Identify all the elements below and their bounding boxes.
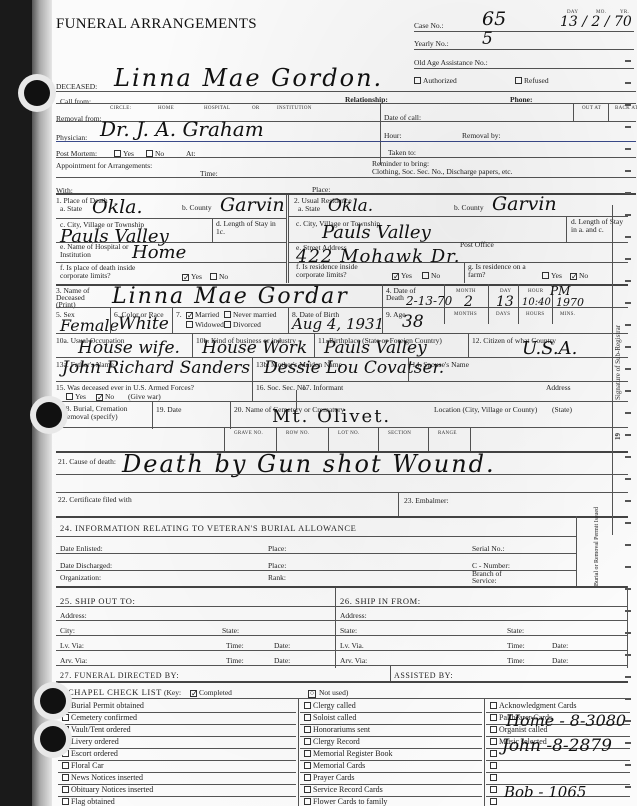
checkbox-icon [422, 272, 429, 279]
margin-tick [625, 126, 631, 128]
call-from-label: Call from: [60, 97, 91, 106]
ship-out-city-label: City: [60, 626, 75, 635]
rank-label: Rank: [268, 573, 286, 582]
hours-label: HOURS [526, 312, 544, 317]
certificate-label: 22. Certificate filed with [58, 496, 132, 504]
armed-no[interactable]: No [96, 392, 114, 401]
ship-out-state-label: State: [222, 626, 239, 635]
res-corporate-label: f. Is residence inside corporate limits? [296, 263, 376, 279]
lot-no-label: LOT NO. [338, 431, 359, 436]
hour-label: Hour: [384, 131, 402, 140]
section-label: SECTION [388, 431, 411, 436]
checkbox-icon [515, 77, 522, 84]
checklist-item[interactable]: Flag obtained [62, 797, 296, 806]
margin-tick [625, 456, 631, 458]
res-farm-no[interactable]: No [570, 271, 588, 280]
cause-of-death-label: 21. Cause of death: [58, 457, 116, 466]
margin-tick [625, 82, 631, 84]
hour-label: HOUR [528, 289, 543, 294]
burial-date-label: 19. Date [156, 405, 181, 414]
checklist-item-label: Flower Cards to family [313, 797, 387, 806]
dod-value[interactable]: 2-13-70 [406, 294, 452, 308]
yes-label: Yes [401, 271, 412, 280]
no-label: No [105, 392, 114, 401]
pod-stay-label: d. Length of Stay in 1c. [216, 220, 276, 236]
case-no-label: Case No.: [414, 21, 444, 30]
ship-in-address-label: Address: [340, 611, 367, 620]
margin-tick [625, 720, 631, 722]
refused-checkbox[interactable]: Refused [515, 76, 549, 85]
checkbox-icon [224, 311, 231, 318]
checklist-item-label: Memorial Cards [313, 761, 365, 770]
checklist-item-label: Burial Permit obtained [71, 701, 144, 710]
margin-tick [625, 236, 631, 238]
checklist-item-label: Acknowledgment Cards [499, 701, 577, 710]
cemetery-value[interactable]: Mt. Olivet. [272, 406, 391, 427]
sub-registrar-label: Signature of Sub-Registrar [614, 325, 622, 400]
res-farm-label: g. Is residence on a farm? [468, 263, 528, 279]
checkbox-icon [224, 321, 231, 328]
checkbox-icon [304, 750, 311, 757]
occupation-value[interactable]: House wife. [78, 338, 180, 358]
spouse-label: 14. Spouse's Name [412, 360, 469, 369]
ship-out-heading: 25. SHIP OUT TO: [60, 596, 135, 606]
give-war-label: (Give war) [128, 392, 161, 401]
location-label: Location (City, Village or County) [434, 405, 537, 414]
citizen-value[interactable]: U.S.A. [522, 338, 577, 359]
checkbox-icon [542, 272, 549, 279]
checkbox-icon [186, 321, 193, 328]
margin-tick [625, 764, 631, 766]
ship-out-arv-date-label: Date: [274, 656, 290, 665]
ssn-label: 16. Soc. Sec. No. [256, 383, 308, 392]
margin-tick [625, 698, 631, 700]
margin-tick [625, 192, 631, 194]
key-label: (Key: [164, 688, 181, 697]
old-age-label: Old Age Assistance No.: [414, 58, 488, 67]
business-value[interactable]: House Work [202, 338, 307, 358]
assisted-by-label: ASSISTED BY: [394, 671, 453, 680]
checkbox-icon [490, 702, 497, 709]
chapel-checklist-heading: CHAPEL CHECK LIST [68, 687, 162, 697]
res-post-office-label: Post Office [460, 240, 494, 249]
res-county-value[interactable]: Garvin [492, 193, 557, 215]
margin-tick [625, 214, 631, 216]
discharged-place-label: Place: [268, 561, 286, 570]
armed-forces-label: 15. Was deceased ever in U.S. Armed Forc… [56, 383, 194, 392]
no-label: No [579, 271, 588, 280]
not-used-label: Not used) [319, 688, 348, 697]
marital-label: 7. [176, 310, 182, 319]
yes-label: Yes [191, 272, 202, 281]
pod-corporate-label: f. Is place of death inside corporate li… [60, 264, 160, 280]
checkbox-icon [146, 150, 153, 157]
deceased-name-value[interactable]: Linna Mae Gordon. [114, 64, 383, 92]
margin-tick [625, 280, 631, 282]
margin-tick [625, 170, 631, 172]
res-stay-label: d. Length of Stay in a. and c. [571, 218, 629, 234]
margin-tick [625, 302, 631, 304]
checked-box-icon [190, 690, 197, 697]
refused-label: Refused [524, 76, 549, 85]
directed-by-label: 27. FUNERAL DIRECTED BY: [60, 671, 179, 680]
checkbox-icon [62, 750, 69, 757]
checkbox-icon [304, 798, 311, 805]
back-at-label: BACK AT [615, 106, 637, 111]
pod-corporate-yes[interactable]: Yes [182, 272, 202, 281]
margin-tick [625, 324, 631, 326]
reminder-text: Clothing, Soc. Sec. No., Discharge paper… [372, 168, 512, 176]
checkbox-icon [62, 798, 69, 805]
binder-strip [0, 0, 36, 806]
margin-tick [625, 544, 631, 546]
deceased-label: DECEASED: [56, 82, 97, 91]
informant-label: 17. Informant [302, 383, 343, 392]
binder-hole [40, 688, 66, 714]
checkbox-icon [62, 762, 69, 769]
serial-no-label: Serial No.: [472, 544, 505, 553]
ship-out-arv-time-label: Time: [226, 656, 244, 665]
checkbox-icon [114, 150, 121, 157]
checkbox-icon [304, 738, 311, 745]
ship-in-arv-label: Arv. Via: [340, 656, 367, 665]
pod-county-label: b. County [182, 203, 212, 212]
circle-institution[interactable]: INSTITUTION [277, 106, 312, 111]
margin-tick [625, 500, 631, 502]
divorced-label: Divorced [233, 320, 261, 329]
grave-no-label: GRAVE NO. [234, 431, 263, 436]
checklist-item-label: Honorariums sent [313, 725, 370, 734]
yearly-no-value[interactable]: 5 [482, 29, 493, 49]
checkbox-icon [414, 77, 421, 84]
checkbox-icon [490, 798, 497, 805]
res-state-value[interactable]: Okla. [328, 196, 373, 216]
burial-type-label: 18. Burial, Cremation Removal (specify) [62, 405, 152, 421]
father-value[interactable]: John Richard Sanders [62, 358, 250, 378]
checklist-item-label: Clergy Record [313, 737, 360, 746]
range-label: RANGE [438, 431, 457, 436]
permit-text: Burial or Removal Permit Issued [594, 507, 600, 586]
circle-label: CIRCLE: [110, 106, 131, 111]
ship-in-arv-date-label: Date: [552, 656, 568, 665]
marital-never-married[interactable]: Never married [224, 310, 277, 319]
checklist-item-label: Clergy called [313, 701, 356, 710]
checkbox-icon [62, 774, 69, 781]
checklist-item-label: Service Record Cards [313, 785, 383, 794]
note-3[interactable]: Bob - 1065 [504, 783, 586, 801]
checkbox-icon [304, 702, 311, 709]
name-label: 3. Name of Deceased (Print) [56, 287, 100, 308]
ship-out-lv-date-label: Date: [274, 641, 290, 650]
pod-county-value[interactable]: Garvin [220, 194, 285, 216]
case-date-value[interactable]: 13 / 2 / 70 [560, 14, 632, 30]
margin-tick [625, 258, 631, 260]
ship-out-arv-label: Arv. Via: [60, 656, 87, 665]
checklist-item-label: Obituary Notices inserted [71, 785, 153, 794]
key-not-used: ○Not used) [308, 688, 348, 698]
checklist-item-label: Prayer Cards [313, 773, 355, 782]
checked-box-icon [182, 274, 189, 281]
days-label: DAYS [496, 312, 510, 317]
out-at-label: OUT AT [582, 106, 601, 111]
checklist-item-label: Floral Car [71, 761, 104, 770]
completed-label: Completed [199, 688, 232, 697]
margin-tick [625, 786, 631, 788]
margin-tick [625, 434, 631, 436]
checklist-item-label: Memorial Register Book [313, 749, 393, 758]
never-married-label: Never married [233, 310, 277, 319]
margin-tick [625, 104, 631, 106]
checkbox-icon [210, 273, 217, 280]
checkbox-icon [490, 762, 497, 769]
race-value[interactable]: White [118, 314, 169, 334]
margin-tick [625, 478, 631, 480]
marital-married[interactable]: Married [186, 310, 219, 319]
dob-value[interactable]: Aug 4, 1931 [292, 315, 384, 333]
form-title: FUNERAL ARRANGEMENTS [56, 16, 257, 33]
margin-tick [625, 610, 631, 612]
mins-label: MINS. [560, 312, 575, 317]
yes-label: Yes [75, 392, 86, 401]
margin-tick [625, 522, 631, 524]
ship-in-heading: 26. SHIP IN FROM: [340, 596, 421, 606]
checked-box-icon [392, 273, 399, 280]
yearly-no-label: Yearly No.: [414, 39, 449, 48]
informant-address-label: Address [546, 383, 571, 392]
veteran-heading: 24. INFORMATION RELATING TO VETERAN'S BU… [60, 523, 356, 533]
checklist-item-label: Flag obtained [71, 797, 115, 806]
note-2[interactable]: John -8-2879 [502, 736, 612, 756]
yes-label: Yes [551, 271, 562, 280]
ship-in-lv-date-label: Date: [552, 641, 568, 650]
binder-hole [40, 726, 66, 752]
authorized-label: Authorized [423, 76, 457, 85]
margin-tick [625, 390, 631, 392]
pod-hospital-value[interactable]: Home [132, 242, 186, 263]
margin-tick [625, 60, 631, 62]
note-1[interactable]: Home - 8-3080 [506, 711, 626, 730]
date-discharged-label: Date Discharged: [60, 561, 112, 570]
res-corporate-no[interactable]: No [422, 271, 440, 280]
circle-or: OR [252, 106, 260, 111]
checkbox-icon [304, 774, 311, 781]
checkbox-icon [304, 726, 311, 733]
binder-hole [36, 402, 62, 428]
ship-out-address-label: Address: [60, 611, 87, 620]
months-label: MONTHS [454, 312, 477, 317]
armed-yes[interactable]: Yes [66, 392, 86, 401]
circle-home[interactable]: HOME [158, 106, 174, 111]
checkbox-icon [490, 738, 497, 745]
embalmer-label: 23. Embalmer: [404, 496, 449, 505]
margin-tick [625, 588, 631, 590]
checkbox-icon [304, 762, 311, 769]
ship-in-lv-label: Lv. Via. [340, 641, 364, 650]
res-corporate-yes[interactable]: Yes [392, 271, 412, 280]
ship-out-lv-time-label: Time: [226, 641, 244, 650]
checkbox-icon [304, 714, 311, 721]
ship-in-lv-time-label: Time: [507, 641, 525, 650]
key-completed: Completed [190, 688, 232, 697]
margin-tick [625, 654, 631, 656]
checkbox-icon [304, 786, 311, 793]
case-no-value[interactable]: 65 [482, 8, 506, 30]
checklist-item-label: Soloist called [313, 713, 356, 722]
form-page: FUNERAL ARRANGEMENTS Case No.: 65 DAY MO… [52, 0, 637, 806]
year-prefix: 19 [614, 433, 622, 440]
marital-divorced[interactable]: Divorced [224, 320, 261, 329]
checkbox-icon [62, 714, 69, 721]
margin-tick [625, 566, 631, 568]
no-label: No [431, 271, 440, 280]
margin-tick [625, 346, 631, 348]
checkbox-icon [490, 774, 497, 781]
authorized-checkbox[interactable]: Authorized [414, 76, 457, 85]
checklist-item-label: Livery ordered [71, 737, 119, 746]
ship-in-city-label: State: [340, 626, 357, 635]
checkbox-icon [490, 714, 497, 721]
res-farm-yes[interactable]: Yes [542, 271, 562, 280]
taken-to-label: Taken to: [388, 148, 416, 157]
appointment-label: Appointment for Arrangements: [56, 161, 152, 170]
birthplace-value[interactable]: Pauls Valley [324, 338, 427, 358]
checked-box-icon [186, 312, 193, 319]
circle-hospital[interactable]: HOSPITAL [204, 106, 230, 111]
checkbox-icon [490, 786, 497, 793]
checklist-item[interactable]: Flower Cards to family [304, 797, 482, 806]
vitals-name-value[interactable]: Linna Mae Gordar [112, 284, 349, 309]
res-city-value[interactable]: Pauls Valley [322, 222, 431, 243]
reminder-label: Reminder to bring:Clothing, Soc. Sec. No… [372, 160, 512, 176]
physician-value[interactable]: Dr. J. A. Graham [100, 117, 264, 141]
checked-box-icon [570, 273, 577, 280]
organization-label: Organization: [60, 573, 101, 582]
checklist-item-label: Vault/Tent ordered [71, 725, 131, 734]
binder-hole [24, 80, 50, 106]
marital-widowed[interactable]: Widowed [186, 320, 224, 329]
res-county-label: b. County [454, 203, 484, 212]
ship-out-lv-label: Lv. Via: [60, 641, 84, 650]
margin-tick [625, 148, 631, 150]
enlisted-place-label: Place: [268, 544, 286, 553]
checkbox-icon [62, 786, 69, 793]
married-label: Married [195, 310, 219, 319]
pod-hospital-label: e. Name of Hospital or Institution [60, 243, 130, 259]
pod-state-value[interactable]: Okla. [92, 196, 143, 218]
branch-label: Branch of Service: [472, 570, 512, 584]
certificate-text: 22. Certificate filed with [58, 495, 132, 504]
permit-issued-label: Burial or Removal Permit Issued [594, 507, 601, 586]
not-used-icon: ○ [308, 690, 316, 698]
date-enlisted-label: Date Enlisted: [60, 544, 103, 553]
checkbox-icon [490, 726, 497, 733]
margin-tick [625, 412, 631, 414]
widowed-label: Widowed [195, 320, 224, 329]
checked-box-icon [96, 394, 103, 401]
checklist-item-label: Escort ordered [71, 749, 118, 758]
margin-tick [625, 368, 631, 370]
margin-tick [625, 742, 631, 744]
pod-corporate-no[interactable]: No [210, 272, 228, 281]
margin-tick [625, 676, 631, 678]
row-no-label: ROW NO. [286, 431, 309, 436]
checkbox-icon [490, 750, 497, 757]
checkbox-icon [66, 393, 73, 400]
ship-in-arv-time-label: Time: [507, 656, 525, 665]
margin-tick [625, 632, 631, 634]
no-label: No [219, 272, 228, 281]
checklist-item-label: News Notices inserted [71, 773, 143, 782]
age-value[interactable]: 38 [402, 312, 424, 332]
removal-by-label: Removal by: [462, 131, 501, 140]
checklist-item-label: Cemetery confirmed [71, 713, 137, 722]
location-state-label: (State) [552, 405, 572, 414]
ship-in-state-label: State: [507, 626, 524, 635]
